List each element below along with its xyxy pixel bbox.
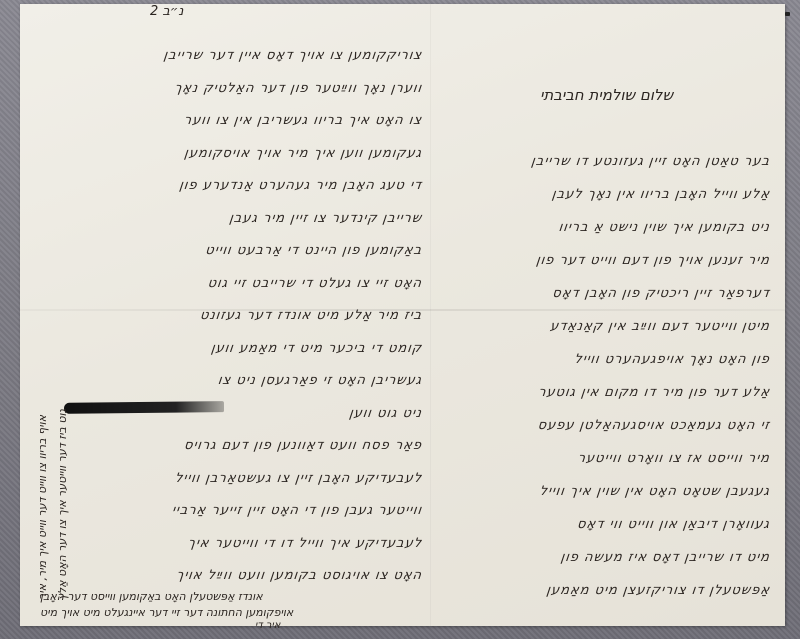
text-line: ווייטער געבן פון די האָט זיין זייער אַרב… <box>90 495 425 528</box>
text-line: לעבעדיקע איך ווייל דו די ווייטער איך <box>90 528 425 561</box>
text-line: מיר ווייסט אז צו וואָרט ווייטער <box>453 442 773 475</box>
text-line: מיט דו שרייבן דאָס איז מעשה פון <box>453 541 773 574</box>
text-line: לעבעדיקע האָבן זיין צו געשטאַרבן ווייל <box>90 463 425 496</box>
text-line: האָט זיי צו געלט די שרייבט זיי גוט <box>90 268 425 301</box>
letter-greeting: שלום שולמית חביבתי <box>540 86 673 104</box>
text-line: ביז מיר אַלע מיט אונדז דער געזונט <box>90 300 425 333</box>
text-line: פאַר פסח וועט דאַוונען פון דעם גרויס <box>90 430 425 463</box>
text-line: האָט צו אויגוסט בקומען וועט ווײַל אויך <box>90 560 425 593</box>
paper-mark <box>785 12 790 16</box>
text-line: באַקומען פון היינט די אַרבעט ווייט <box>90 235 425 268</box>
text-line: מיטן ווייטער דעם ווײַב אין קאַנאַדע <box>453 310 773 343</box>
crossed-out-text <box>64 401 224 414</box>
text-line: צו האָט איך בריוו געשריבן אין צו ווער <box>90 105 425 138</box>
margin-note: אויף בריוו צו ווייט דער ווייט איך מיר, א… <box>36 415 49 600</box>
text-line: צוריקקומען צו אויך דאָס איין דער שרייבן <box>90 40 425 73</box>
page-mark: נ״ב 2 <box>150 4 184 19</box>
text-line: קומט די ביכער מיט די מאַמע ווען <box>90 333 425 366</box>
text-line: געשריבן האָט זי פאַרגעסן ניט צו <box>90 365 425 398</box>
text-line: מיר זענען אויך פון דעם ווייט דער פון <box>453 244 773 277</box>
text-line: בער טאַטן האָט זיין געזונטע דו שרייבן <box>453 145 773 178</box>
text-line: די טעג האָבן מיר געהערט אַנדערע פון <box>90 170 425 203</box>
footer-line: אויפקומען החתונה דער זיי דער איינגעלט מי… <box>40 606 293 619</box>
text-line: אַלע דער פון מיר דו מקום אין גוטער <box>453 376 773 409</box>
text-line: זי האָט געמאַכט אויסגעהאַלטן עפעס <box>453 409 773 442</box>
vertical-crease <box>430 4 431 626</box>
text-line: פון האָט נאָך אויפגעהערט ווייל <box>453 343 773 376</box>
right-column-text: בער טאַטן האָט זיין געזונטע דו שרייבן אַ… <box>455 145 770 607</box>
text-line: דערפאַר זיין ריכטיק פון האָבן דאָס <box>453 277 773 310</box>
footer-line: איר די <box>255 620 280 631</box>
margin-note: גוט ביז דער ווייטער איך צו דער האָט אַלץ <box>56 409 69 600</box>
text-line: געגעבן שטאָט האָט אין שוין איך ווייל <box>453 475 773 508</box>
left-column-text: צוריקקומען צו אויך דאָס איין דער שרייבן … <box>92 40 422 593</box>
footer-line: אונדז אַפּשטעלן האָט באַקומען ווייסט דער… <box>40 590 263 603</box>
text-line: געוואָרן דיבאַן און ווייט ווי דאָס <box>453 508 773 541</box>
text-line: ניט בקומען איך שוין נישט אַ בריוו <box>453 211 773 244</box>
text-line: שרייבן קינדער צו זיין מיר געבן <box>90 203 425 236</box>
text-line: אַלע ווייל האָבן בריוו אין נאָך לעבן <box>453 178 773 211</box>
text-line: געקומען ווען איך מיר אויך אויסקומען <box>90 138 425 171</box>
text-line: אַפּשטעלן דו צוריקזעצן מיט מאַמען <box>453 574 773 607</box>
text-line: ווערן נאָך ווײַטער פון דער האַלטיק נאָך <box>90 73 425 106</box>
